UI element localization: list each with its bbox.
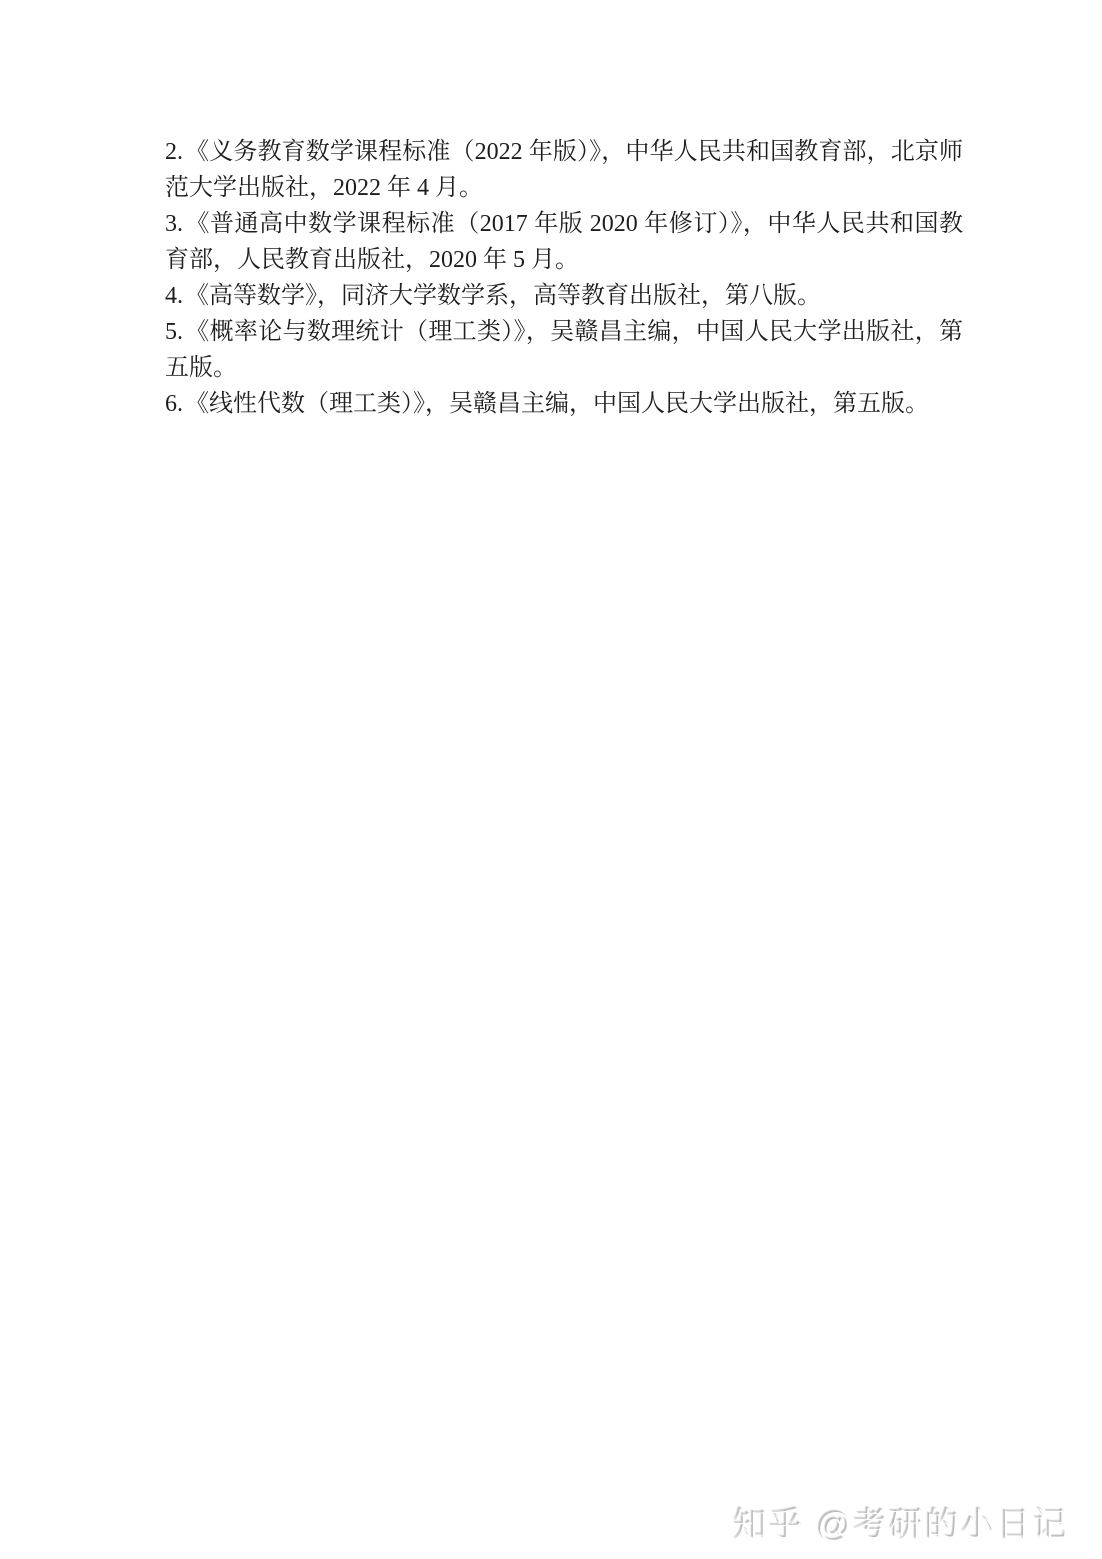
reference-item: 3.《普通高中数学课程标准（2017 年版 2020 年修订）》，中华人民共和国… bbox=[165, 206, 963, 278]
reference-text: 《义务教育数学课程标准（2022 年版）》，中华人民共和国教育部，北京师范大学出… bbox=[165, 139, 963, 201]
reference-item: 4.《高等数学》，同济大学数学系，高等教育出版社，第八版。 bbox=[165, 278, 963, 314]
reference-number: 4. bbox=[165, 283, 183, 309]
document-page: 2.《义务教育数学课程标准（2022 年版）》，中华人民共和国教育部，北京师范大… bbox=[0, 0, 1102, 1559]
reference-number: 2. bbox=[165, 139, 183, 165]
reference-text: 《普通高中数学课程标准（2017 年版 2020 年修订）》，中华人民共和国教育… bbox=[165, 211, 963, 273]
reference-text: 《线性代数（理工类）》，吴赣昌主编，中国人民大学出版社，第五版。 bbox=[185, 391, 929, 417]
reference-text: 《概率论与数理统计（理工类）》，吴赣昌主编，中国人民大学出版社，第五版。 bbox=[165, 319, 963, 381]
reference-item: 2.《义务教育数学课程标准（2022 年版）》，中华人民共和国教育部，北京师范大… bbox=[165, 134, 963, 206]
reference-item: 5.《概率论与数理统计（理工类）》，吴赣昌主编，中国人民大学出版社，第五版。 bbox=[165, 314, 963, 386]
zhihu-watermark: 知乎 @考研的小日记 bbox=[734, 1498, 1070, 1547]
reference-number: 5. bbox=[165, 319, 183, 345]
reference-item: 6.《线性代数（理工类）》，吴赣昌主编，中国人民大学出版社，第五版。 bbox=[165, 386, 963, 422]
reference-list: 2.《义务教育数学课程标准（2022 年版）》，中华人民共和国教育部，北京师范大… bbox=[165, 134, 963, 422]
reference-number: 6. bbox=[165, 391, 183, 417]
reference-number: 3. bbox=[165, 211, 183, 237]
reference-text: 《高等数学》，同济大学数学系，高等教育出版社，第八版。 bbox=[185, 283, 821, 309]
